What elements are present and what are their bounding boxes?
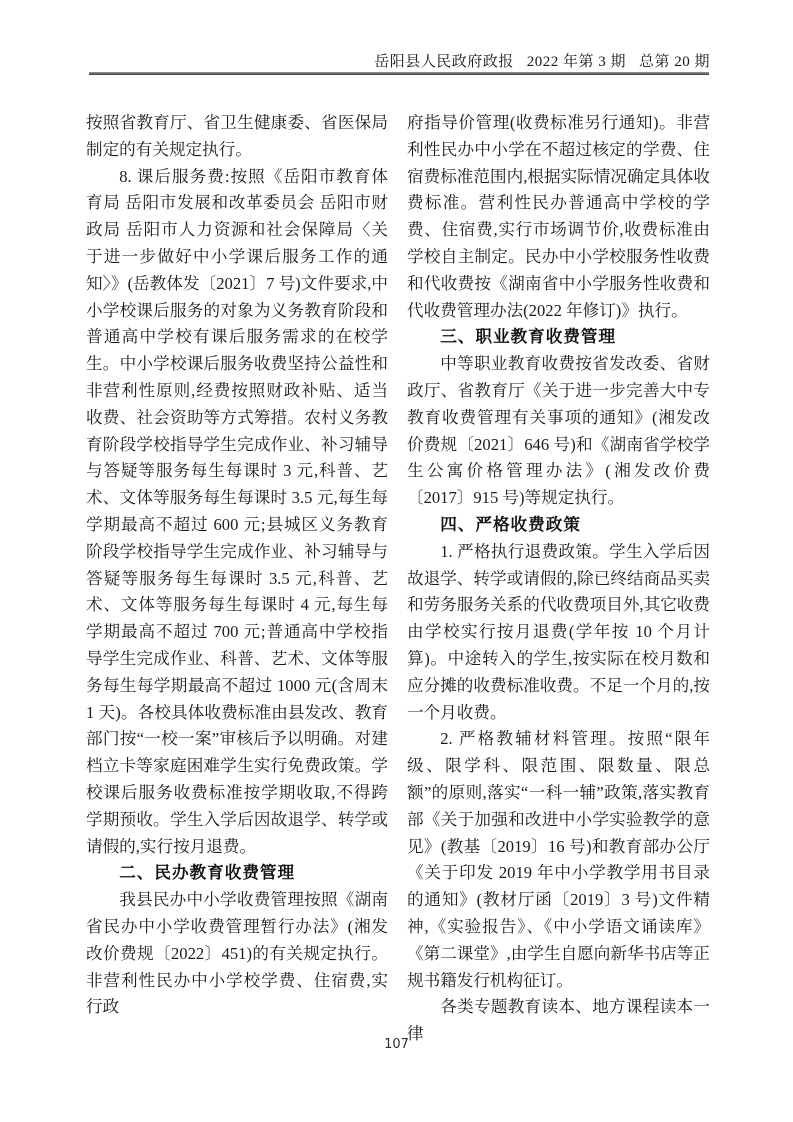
header-rule	[89, 72, 709, 75]
paragraph: 1. 严格执行退费政策。学生入学后因故退学、转学或请假的,除已终结商品买卖和劳务…	[407, 539, 710, 727]
section-heading: 四、严格收费政策	[407, 512, 710, 539]
paragraph: 府指导价管理(收费标准另行通知)。非营利性民办中小学在不超过核定的学费、住宿费标…	[407, 110, 710, 324]
gazette-page: 岳阳县人民政府政报2022 年第 3 期总第 20 期 按照省教育厅、省卫生健康…	[0, 0, 793, 1122]
right-column: 府指导价管理(收费标准另行通知)。非营利性民办中小学在不超过核定的学费、住宿费标…	[407, 110, 710, 1048]
journal-title: 岳阳县人民政府政报	[374, 54, 514, 70]
paragraph: 2. 严格教辅材料管理。按照“限年级、限学科、限范围、限数量、限总额”的原则,落…	[407, 726, 710, 994]
page-number: 107	[384, 1037, 409, 1052]
paragraph: 8. 课后服务费:按照《岳阳市教育体育局 岳阳市发展和改革委员会 岳阳市财政局 …	[86, 164, 388, 861]
page-header: 岳阳县人民政府政报2022 年第 3 期总第 20 期	[374, 54, 710, 71]
section-heading: 二、民办教育收费管理	[86, 860, 388, 887]
left-column: 按照省教育厅、省卫生健康委、省医保局制定的有关规定执行。8. 课后服务费:按照《…	[86, 110, 388, 1048]
article-body: 按照省教育厅、省卫生健康委、省医保局制定的有关规定执行。8. 课后服务费:按照《…	[86, 110, 710, 1048]
issue-number: 2022 年第 3 期	[527, 54, 626, 70]
page-footer: 107	[0, 1037, 793, 1052]
volume-number: 总第 20 期	[639, 54, 710, 70]
paragraph: 我县民办中小学收费管理按照《湖南省民办中小学收费管理暂行办法》(湘发改价费规〔2…	[86, 887, 388, 1021]
section-heading: 三、职业教育收费管理	[407, 324, 710, 351]
paragraph: 中等职业教育收费按省发改委、省财政厅、省教育厅《关于进一步完善大中专教育收费管理…	[407, 351, 710, 512]
paragraph: 按照省教育厅、省卫生健康委、省医保局制定的有关规定执行。	[86, 110, 388, 164]
